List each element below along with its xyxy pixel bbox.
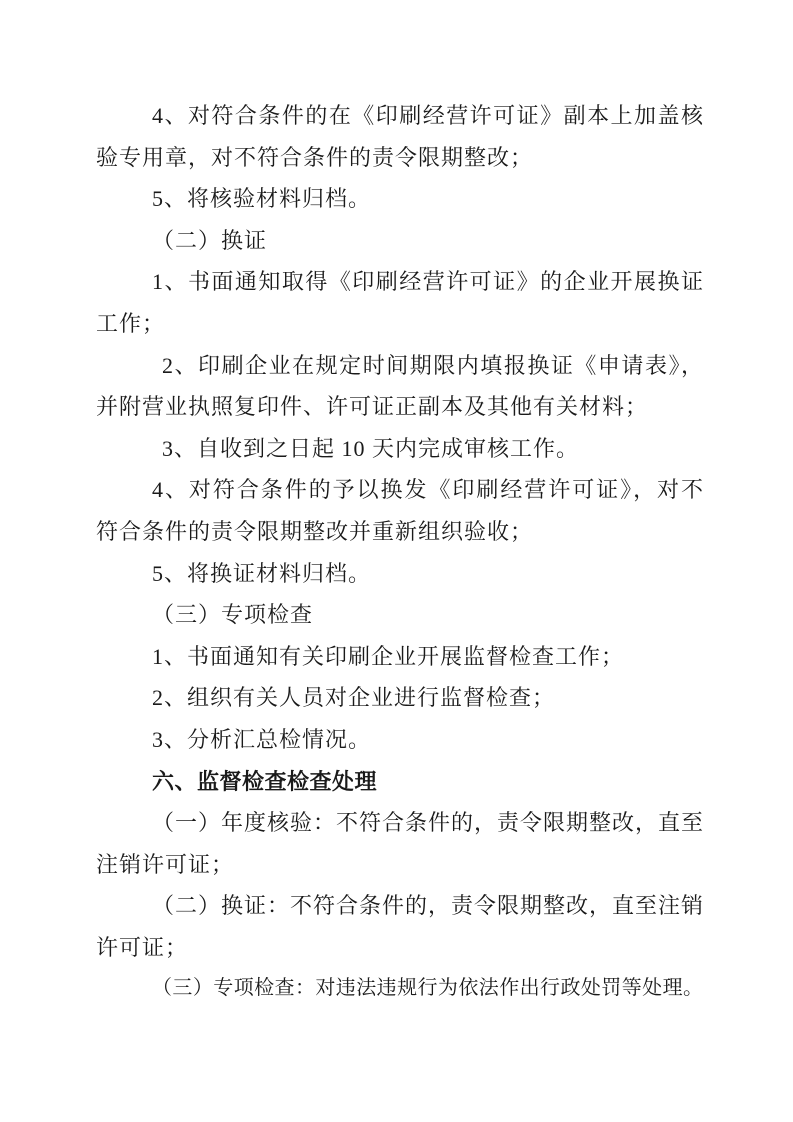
body-text-line: 1、书面通知有关印刷企业开展监督检查工作； [96, 636, 703, 678]
document-page: 4、对符合条件的在《印刷经营许可证》副本上加盖核验专用章，对不符合条件的责令限期… [0, 0, 793, 1122]
body-text-line: 3、分析汇总检情况。 [96, 719, 703, 761]
body-text-line: 4、对符合条件的予以换发《印刷经营许可证》，对不 [96, 469, 703, 511]
body-text-line: 4、对符合条件的在《印刷经营许可证》副本上加盖核 [96, 95, 703, 137]
body-text-line: （三）专项检查：对违法违规行为依法作出行政处罚等处理。 [96, 968, 703, 1010]
document-text-block: 4、对符合条件的在《印刷经营许可证》副本上加盖核验专用章，对不符合条件的责令限期… [96, 95, 703, 1010]
body-text-line: 验专用章，对不符合条件的责令限期整改； [96, 137, 703, 179]
body-text-line: （一）年度核验：不符合条件的，责令限期整改，直至 [96, 802, 703, 844]
body-text-line: （二）换证：不符合条件的，责令限期整改，直至注销 [96, 885, 703, 927]
body-text-line: 3、自收到之日起 10 天内完成审核工作。 [96, 428, 703, 470]
body-text-line: 工作； [96, 303, 703, 345]
body-text-line: 1、书面通知取得《印刷经营许可证》的企业开展换证 [96, 261, 703, 303]
body-text-line: 2、印刷企业在规定时间期限内填报换证《申请表》， [96, 345, 703, 387]
body-text-line: （三）专项检查 [96, 594, 703, 636]
body-text-line: 并附营业执照复印件、许可证正副本及其他有关材料； [96, 386, 703, 428]
body-text-line: 5、将核验材料归档。 [96, 178, 703, 220]
body-text-line: 2、组织有关人员对企业进行监督检查； [96, 677, 703, 719]
section-heading-line: 六、监督检查检查处理 [96, 761, 703, 803]
body-text-line: 许可证； [96, 927, 703, 969]
body-text-line: 注销许可证； [96, 844, 703, 886]
body-text-line: 符合条件的责令限期整改并重新组织验收； [96, 511, 703, 553]
body-text-line: （二）换证 [96, 220, 703, 262]
body-text-line: 5、将换证材料归档。 [96, 553, 703, 595]
